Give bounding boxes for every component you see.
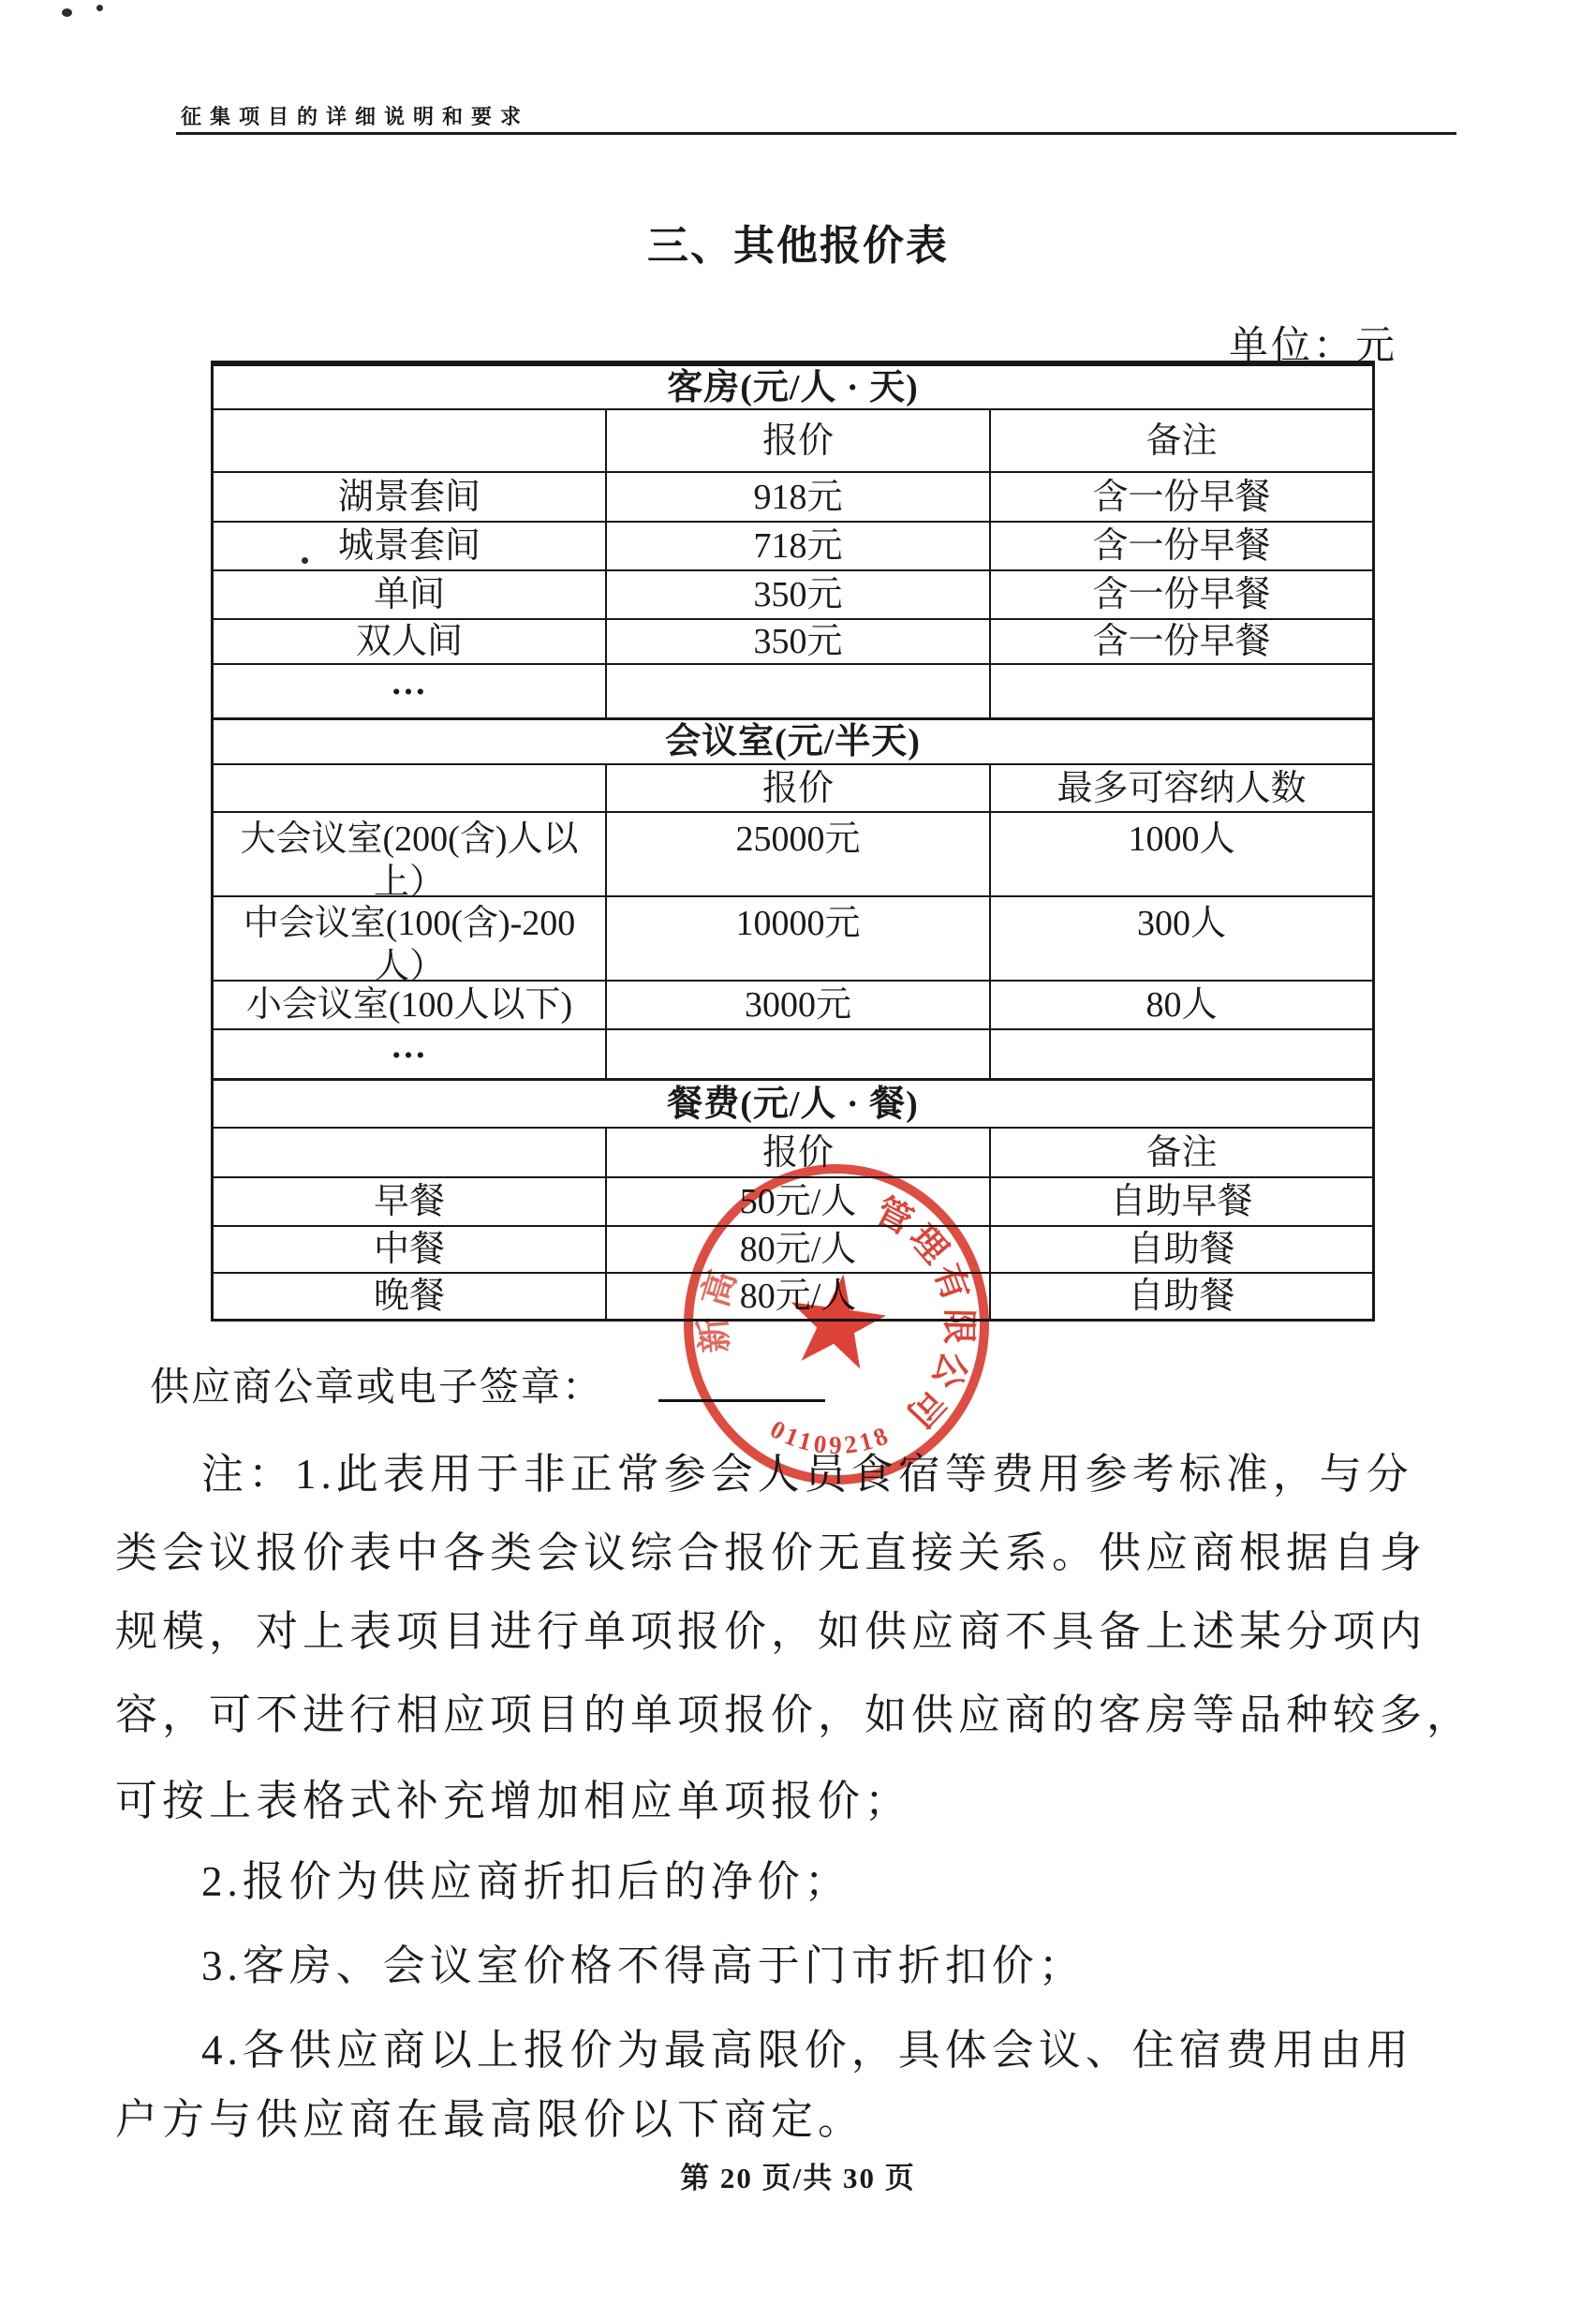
note-line: 2.报价为供应商折扣后的净价； <box>201 1847 851 1908</box>
section-title-meals: 餐费(元/人 · 餐) <box>214 1081 1372 1127</box>
row-price: 3000元 <box>605 982 989 1028</box>
row-remark: 含一份早餐 <box>989 620 1372 663</box>
note-line: 类会议报价表中各类会议综合报价无直接关系。供应商根据自身 <box>115 1518 1426 1579</box>
price-table: 客房(元/人 · 天) 报价 备注 湖景套间 918元 含一份早餐 城景套间 7… <box>211 361 1375 1322</box>
row-remark <box>989 665 1372 717</box>
header-cell-remark: 备注 <box>989 410 1372 471</box>
table-row: 中会议室(100(含)-200 人） 10000元 300人 <box>214 895 1372 980</box>
header-cell-remark: 备注 <box>989 1129 1372 1176</box>
table-row: 晚餐 80元/人 自助餐 <box>214 1272 1372 1319</box>
row-label: 大会议室(200(含)人以 上） <box>214 813 605 895</box>
header-rule <box>176 132 1456 135</box>
scan-speck <box>62 8 72 17</box>
row-remark: 自助早餐 <box>989 1178 1372 1225</box>
row-capacity: 1000人 <box>989 813 1372 895</box>
row-price <box>605 1030 989 1078</box>
row-label: 晚餐 <box>214 1274 605 1319</box>
header-cell-blank <box>214 410 605 471</box>
row-price: 718元 <box>605 523 989 569</box>
table-header-row: 报价 备注 <box>214 1127 1372 1176</box>
row-price: 25000元 <box>605 813 989 895</box>
table-row: … <box>214 1028 1372 1078</box>
row-price: 10000元 <box>605 897 989 980</box>
section-title-meeting: 会议室(元/半天) <box>214 720 1372 763</box>
row-label: 早餐 <box>214 1178 605 1225</box>
page-number-footer: 第 20 页/共 30 页 <box>0 2154 1596 2196</box>
row-price <box>605 665 989 717</box>
scan-speck <box>96 5 103 11</box>
row-capacity <box>989 1030 1372 1078</box>
ellipsis-cell: … <box>214 1022 605 1070</box>
table-header-row: 报价 备注 <box>214 408 1372 471</box>
seal-ring-char: 司 <box>899 1381 953 1434</box>
header-cell-blank <box>214 1129 605 1176</box>
row-label: 中会议室(100(含)-200 人） <box>214 897 605 980</box>
table-row: 城景套间 718元 含一份早餐 <box>214 521 1372 569</box>
header-cell-capacity: 最多可容纳人数 <box>989 765 1372 811</box>
section-title-row: 会议室(元/半天) <box>214 717 1372 763</box>
table-row: 大会议室(200(含)人以 上） 25000元 1000人 <box>214 811 1372 895</box>
signature-underline <box>658 1399 825 1402</box>
note-line: 可按上表格式补充增加相应单项报价； <box>115 1766 911 1827</box>
section-title-rooms: 客房(元/人 · 天) <box>214 366 1372 408</box>
document-page: 征集项目的详细说明和要求 三、其他报价表 单位：元 客房(元/人 · 天) 报价… <box>0 0 1596 2304</box>
section-title-row: 客房(元/人 · 天) <box>214 363 1372 408</box>
row-remark: 含一份早餐 <box>989 473 1372 521</box>
note-line: 容，可不进行相应项目的单项报价，如供应商的客房等品种较多， <box>115 1680 1473 1741</box>
note-line: 户方与供应商在最高限价以下商定。 <box>115 2085 864 2146</box>
row-capacity: 300人 <box>989 897 1372 980</box>
supplier-seal-label: 供应商公章或电子签章： <box>150 1356 603 1412</box>
row-price: 80元/人 <box>605 1274 989 1319</box>
note-line: 4.各供应商以上报价为最高限价，具体会议、住宿费用由用 <box>201 2016 1413 2076</box>
row-price: 50元/人 <box>605 1178 989 1225</box>
table-row: 中餐 80元/人 自助餐 <box>214 1225 1372 1272</box>
seal-ring-char: 公 <box>924 1346 974 1394</box>
table-row: 早餐 50元/人 自助早餐 <box>214 1176 1372 1225</box>
note-line: 3.客房、会议室价格不得高于门市折扣价； <box>201 1931 1086 1992</box>
table-row: 单间 350元 含一份早餐 <box>214 569 1372 618</box>
note-line: 注：1.此表用于非正常参会人员食宿等费用参考标准，与分 <box>201 1440 1413 1500</box>
row-label: 湖景套间 <box>214 473 605 521</box>
row-price: 80元/人 <box>605 1227 989 1272</box>
row-capacity: 80人 <box>989 982 1372 1028</box>
row-price: 918元 <box>605 473 989 521</box>
header-cell-blank <box>214 765 605 811</box>
section-title-row: 餐费(元/人 · 餐) <box>214 1078 1372 1127</box>
header-cell-price: 报价 <box>605 1129 989 1176</box>
row-remark: 自助餐 <box>989 1227 1372 1272</box>
row-label: 单间 <box>214 571 605 618</box>
note-line: 规模，对上表项目进行单项报价，如供应商不具备上述某分项内 <box>115 1597 1426 1658</box>
table-row: … <box>214 663 1372 717</box>
row-label: 中餐 <box>214 1227 605 1272</box>
table-header-row: 报价 最多可容纳人数 <box>214 763 1372 811</box>
header-cell-price: 报价 <box>605 765 989 811</box>
row-price: 350元 <box>605 571 989 618</box>
header-cell-price: 报价 <box>605 410 989 471</box>
row-remark: 自助餐 <box>989 1274 1372 1319</box>
row-remark: 含一份早餐 <box>989 571 1372 618</box>
table-row: 湖景套间 918元 含一份早餐 <box>214 471 1372 521</box>
running-header: 征集项目的详细说明和要求 <box>181 101 529 130</box>
row-label: 城景套间 <box>214 523 605 569</box>
row-price: 350元 <box>605 620 989 663</box>
row-remark: 含一份早餐 <box>989 523 1372 569</box>
ellipsis-cell: … <box>214 657 605 709</box>
page-title: 三、其他报价表 <box>0 212 1596 272</box>
